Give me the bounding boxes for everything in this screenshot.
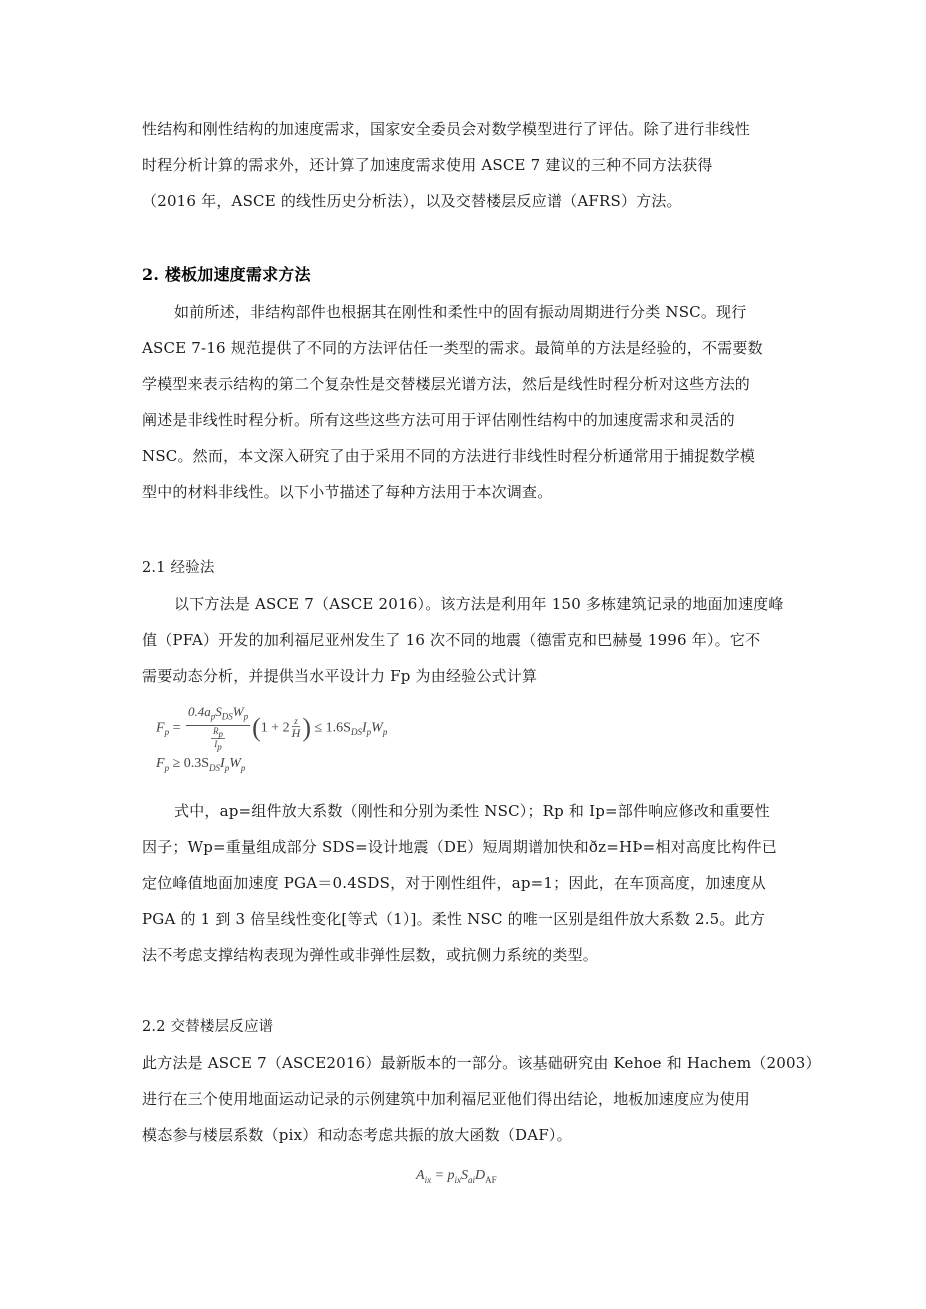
paragraph-line: 阐述是非线性时程分析。所有这些这些方法可用于评估刚性结构中的加速度需求和灵活的 (142, 410, 735, 430)
subsection-heading: 2.2 交替楼层反应谱 (142, 1017, 273, 1037)
equation-aix: Aix = pixSaiDAF (416, 1168, 497, 1185)
paragraph-line: ASCE 7-16 规范提供了不同的方法评估任一类型的需求。最简单的方法是经验的… (142, 338, 763, 358)
paragraph-line: 时程分析计算的需求外，还计算了加速度需求使用 ASCE 7 建议的三种不同方法获… (142, 155, 713, 175)
equation-fp-upper: Fp = 0.4apSDSWpRpIp(1 + 2zH) ≤ 1.6SDSIpW… (156, 704, 387, 752)
paragraph-line: 此方法是 ASCE 7（ASCE2016）最新版本的一部分。该基础研究由 Keh… (142, 1053, 821, 1073)
paragraph-line: 值（PFA）开发的加利福尼亚州发生了 16 次不同的地震（德雷克和巴赫曼 199… (142, 630, 760, 650)
paragraph-line: NSC。然而，本文深入研究了由于采用不同的方法进行非线性时程分析通常用于捕捉数学… (142, 446, 755, 466)
paragraph-line: （2016 年，ASCE 的线性历史分析法），以及交替楼层反应谱（AFRS）方法… (142, 191, 682, 211)
paragraph-line: 需要动态分析，并提供当水平设计力 Fp 为由经验公式计算 (142, 666, 537, 686)
paragraph-line: 法不考虑支撑结构表现为弹性或非弹性层数，或抗侧力系统的类型。 (142, 945, 598, 965)
paragraph-line: 定位峰值地面加速度 PGA＝0.4SDS，对于刚性组件，ap=1；因此，在车顶高… (142, 873, 766, 893)
paragraph-line: 性结构和刚性结构的加速度需求，国家安全委员会对数学模型进行了评估。除了进行非线性 (142, 119, 750, 139)
paragraph-line: 式中，ap=组件放大系数（刚性和分别为柔性 NSC）；Rp 和 Ip=部件响应修… (174, 801, 770, 821)
subsection-heading: 2.1 经验法 (142, 558, 215, 578)
paragraph-line: 因子；Wp=重量组成部分 SDS=设计地震（DE）短周期谱加快和ðz=HÞ=相对… (142, 837, 777, 857)
paragraph-line: 模态参与楼层系数（pix）和动态考虑共振的放大函数（DAF）。 (142, 1125, 572, 1145)
paragraph-line: 进行在三个使用地面运动记录的示例建筑中加利福尼亚他们得出结论，地板加速度应为使用 (142, 1089, 750, 1109)
paragraph-line: PGA 的 1 到 3 倍呈线性变化[等式（1）]。柔性 NSC 的唯一区别是组… (142, 909, 765, 929)
paragraph-line: 型中的材料非线性。以下小节描述了每种方法用于本次调查。 (142, 482, 552, 502)
equation-fp-lower: Fp ≥ 0.3SDSIpWp (156, 756, 245, 773)
section-heading: 2. 楼板加速度需求方法 (142, 265, 311, 285)
paragraph-line: 学模型来表示结构的第二个复杂性是交替楼层光谱方法，然后是线性时程分析对这些方法的 (142, 374, 750, 394)
paragraph-line: 如前所述，非结构部件也根据其在刚性和柔性中的固有振动周期进行分类 NSC。现行 (174, 302, 746, 322)
paragraph-line: 以下方法是 ASCE 7（ASCE 2016）。该方法是利用年 150 多栋建筑… (174, 594, 784, 614)
